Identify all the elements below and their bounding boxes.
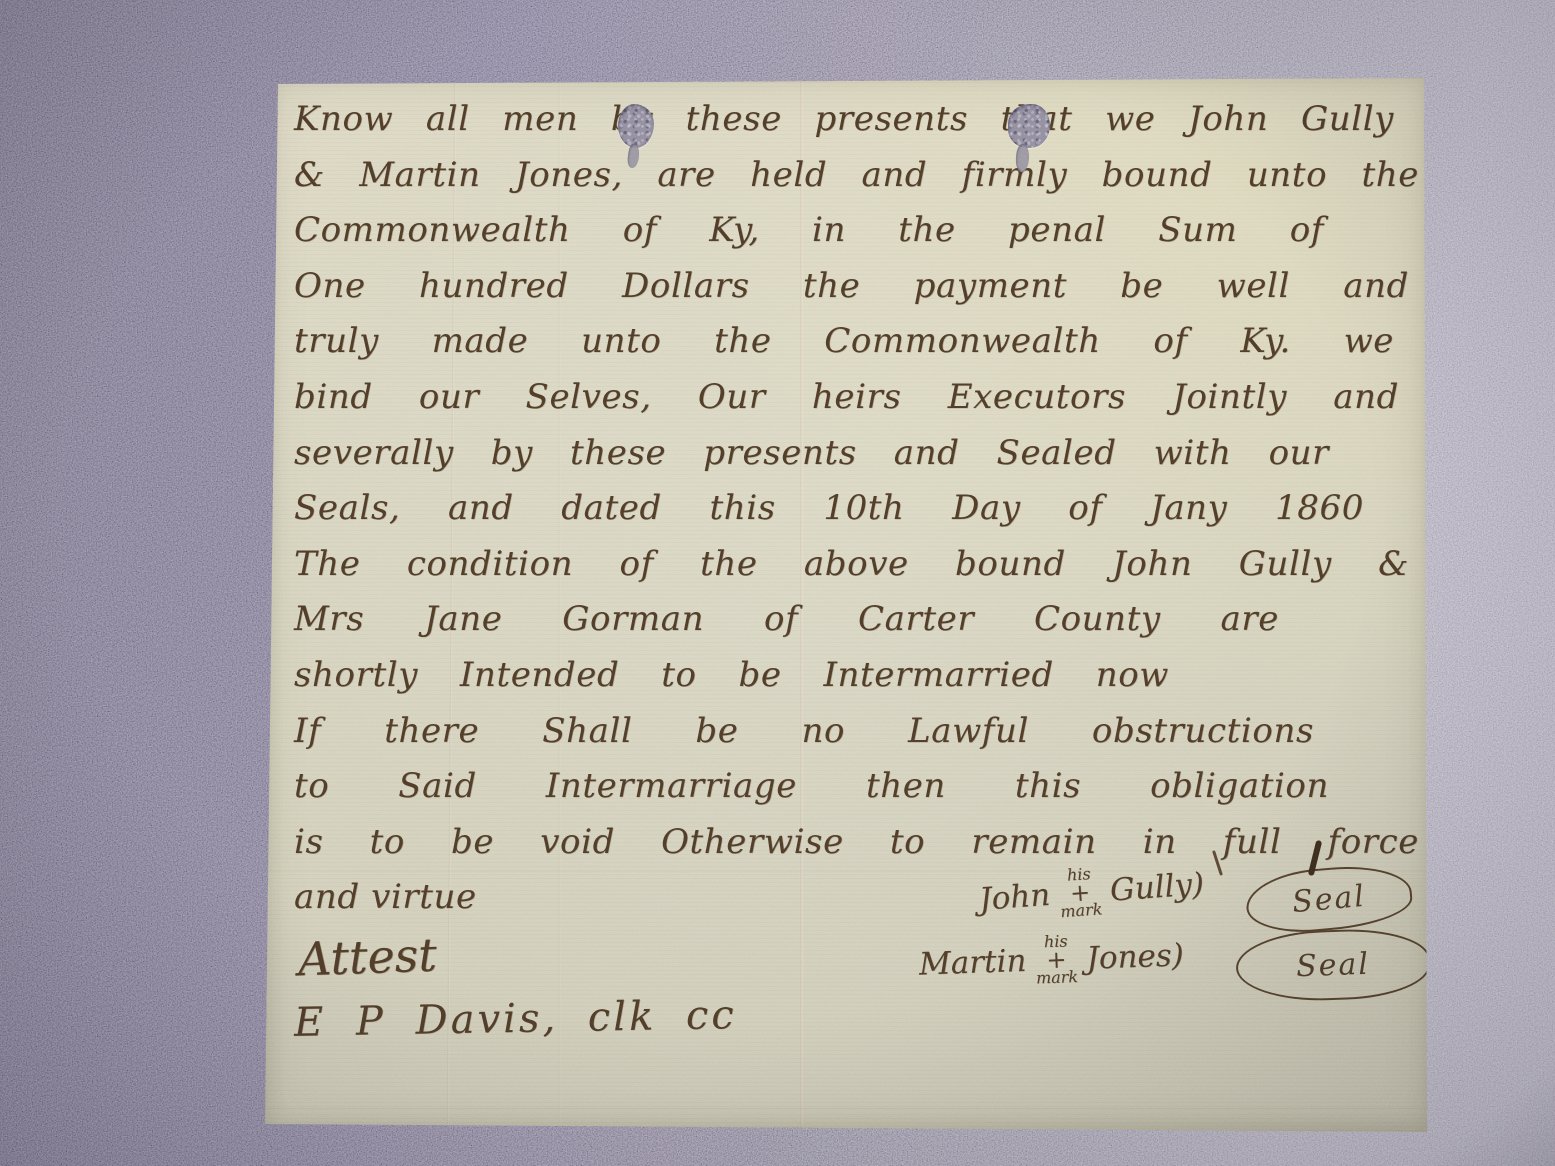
photo-background: Know all men by these presents that we J…	[0, 0, 1555, 1166]
handwritten-line: Know all men by these presents that we J…	[294, 92, 1394, 148]
handwritten-line: Commonwealth of Ky, in the penal Sum of	[294, 203, 1324, 259]
handwritten-line: The condition of the above bound John Gu…	[294, 537, 1409, 593]
attest-label: Attest	[297, 928, 438, 987]
handwritten-line: to Said Intermarriage then this obligati…	[294, 759, 1329, 815]
handwritten-line: & Martin Jones, are held and firmly boun…	[294, 148, 1419, 204]
seal-oval: Seal	[1235, 927, 1431, 1004]
handwritten-line: Mrs Jane Gorman of Carter County are	[294, 592, 1279, 648]
signature-row: Martin his + mark Jones)	[918, 929, 1185, 990]
signature-surname: Jones)	[1086, 937, 1185, 976]
his-mark-annotation: his + mark	[1034, 933, 1078, 986]
fold-crease-horizontal	[264, 1108, 1427, 1111]
document-paper: Know all men by these presents that we J…	[264, 78, 1427, 1134]
handwritten-line: and virtue	[294, 870, 894, 926]
paper-writing: Know all men by these presents that we J…	[294, 92, 1426, 926]
handwritten-line: severally by these presents and Sealed w…	[294, 426, 1329, 482]
signature-surname: Gully)	[1109, 866, 1205, 908]
seal-text: Seal	[1296, 946, 1371, 984]
mark-label: mark	[1060, 901, 1103, 920]
handwritten-line: One hundred Dollars the payment be well …	[294, 259, 1409, 315]
signature-given-name: John	[978, 877, 1051, 918]
signature-given-name: Martin	[918, 943, 1027, 983]
seal-text: Seal	[1291, 878, 1368, 919]
handwritten-line: If there Shall be no Lawful obstructions	[294, 704, 1314, 760]
handwritten-line: bind our Selves, Our heirs Executors Joi…	[294, 370, 1399, 426]
clerk-signature: E P Davis, clk cc	[294, 992, 738, 1046]
his-mark-annotation: his + mark	[1057, 865, 1103, 920]
handwritten-line: shortly Intended to be Intermarried now	[294, 648, 1169, 704]
handwritten-line: truly made unto the Commonwealth of Ky. …	[294, 314, 1394, 370]
punch-hole	[1008, 104, 1050, 148]
mark-label: mark	[1036, 969, 1079, 986]
handwritten-line: is to be void Otherwise to remain in ful…	[294, 815, 1419, 871]
handwritten-line: Seals, and dated this 10th Day of Jany 1…	[294, 481, 1364, 537]
